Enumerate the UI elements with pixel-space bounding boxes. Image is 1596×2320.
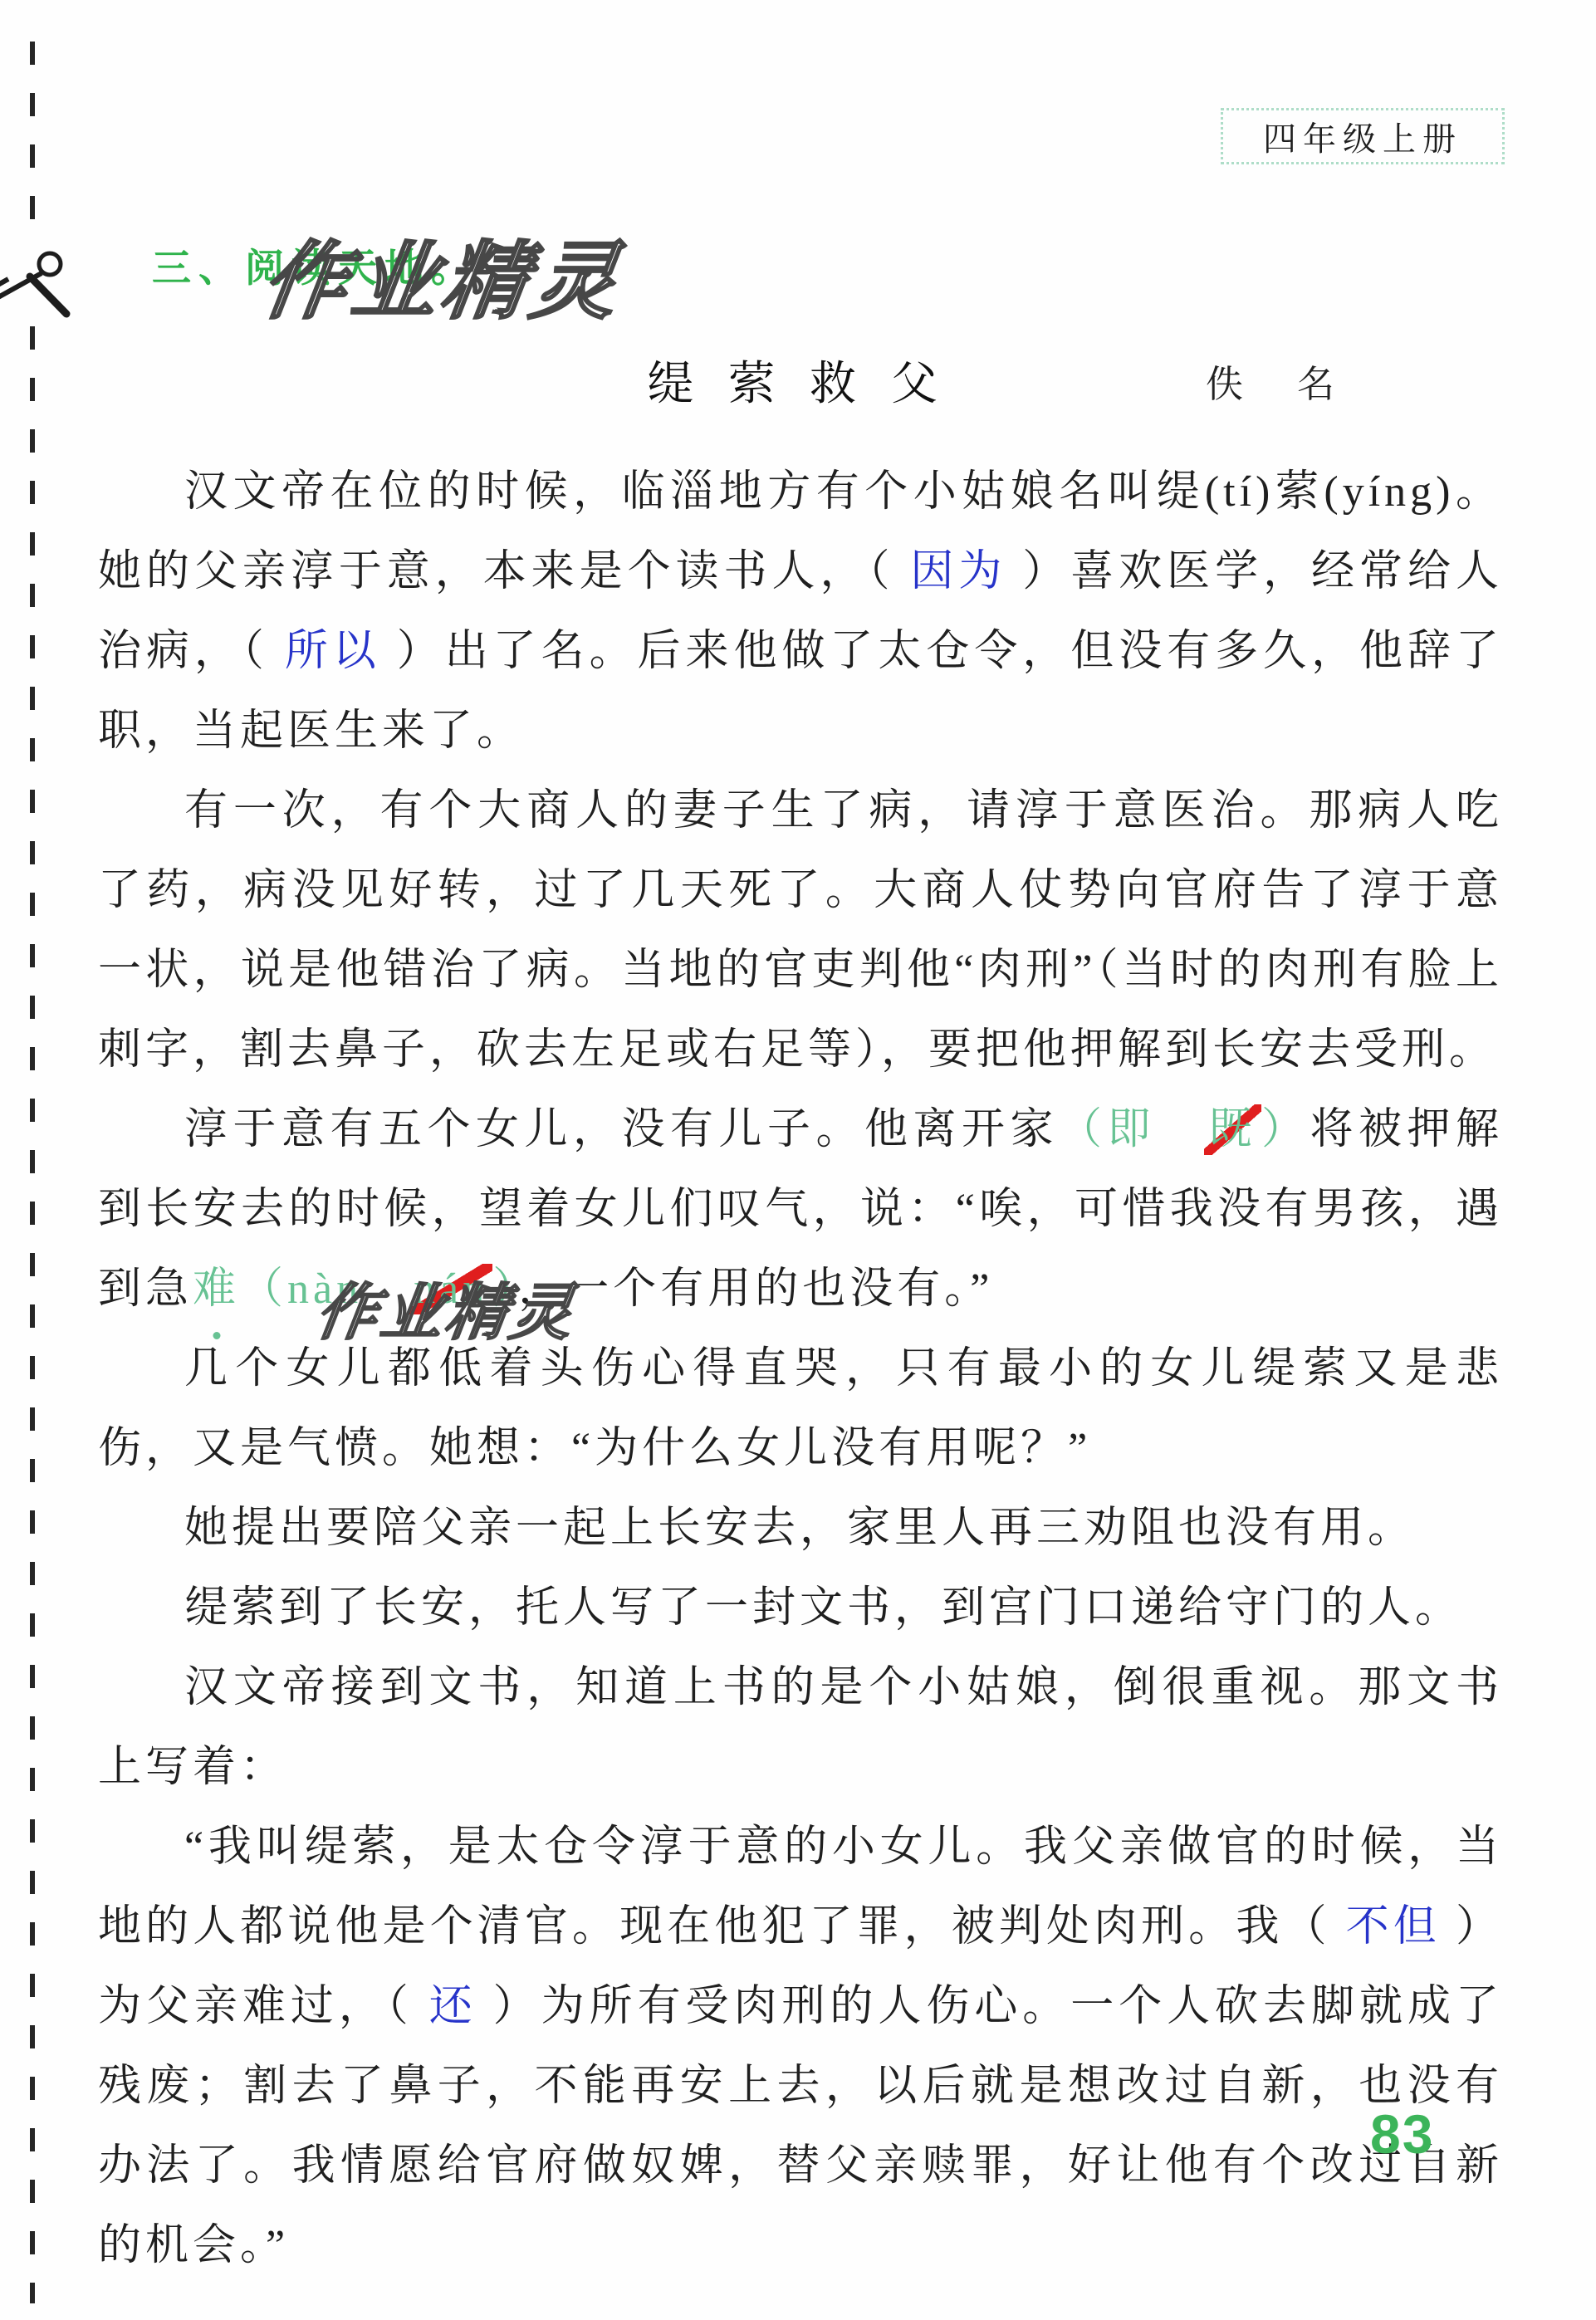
handwritten-answer: 因为 — [910, 548, 1006, 595]
text-segment: 汉文帝接到文书，知道上书的是个小姑娘，倒很重视。那文书上写着： — [98, 1664, 1503, 1791]
page: 四年级上册 三、阅读天地。 作业精灵 作业精灵 缇 萦 救 父 佚 名 汉文帝在… — [0, 0, 1596, 2320]
text-segment: ，一个有用的也没有。” — [518, 1265, 993, 1313]
paragraph: “我叫缇萦，是太仓令淳于意的小女儿。我父亲做官的时候，当地的人都说他是个清官。现… — [98, 1808, 1503, 2286]
text-segment: 她提出要陪父亲一起上长安去，家里人再三劝阻也没有用。 — [184, 1505, 1415, 1552]
paragraph: 淳于意有五个女儿，没有儿子。他离开家（即 既）将被押解到长安去的时候，望着女儿们… — [98, 1090, 1503, 1329]
green-annotation: （即 — [1059, 1106, 1205, 1153]
edition-label: 四年级上册 — [1263, 113, 1462, 160]
page-number: 83 — [1370, 2102, 1434, 2166]
paragraph: 汉文帝接到文书，知道上书的是个小姑娘，倒很重视。那文书上写着： — [98, 1648, 1503, 1808]
text-segment: 淳于意有五个女儿，没有儿子。他离开家 — [184, 1106, 1059, 1153]
emphasized-char: 难 — [193, 1250, 240, 1329]
title-row: 缇 萦 救 父 佚 名 — [95, 347, 1501, 414]
text-segment: 缇萦到了长安，托人写了一封文书，到宫门口递给守门的人。 — [184, 1584, 1462, 1632]
cut-line — [30, 326, 35, 2303]
handwritten-answer: 不但 — [1346, 1903, 1441, 1950]
paragraph: 她提出要陪父亲一起上长安去，家里人再三劝阻也没有用。 — [98, 1489, 1503, 1569]
scissors-icon — [0, 243, 75, 326]
paragraph: 汉文帝在位的时候，临淄地方有个小姑娘名叫缇(tí)萦(yíng)。她的父亲淳于意… — [98, 453, 1503, 771]
text-segment: 有一次，有个大商人的妻子生了病，请淳于意医治。那病人吃了药，病没见好转，过了几天… — [98, 787, 1503, 1074]
text-segment: 几个女儿都低着头伤心得直哭，只有最小的女儿缇萦又是悲伤，又是气愤。她想：“为什么… — [98, 1345, 1503, 1472]
paragraph: 有一次，有个大商人的妻子生了病，请淳于意医治。那病人吃了药，病没见好转，过了几天… — [98, 771, 1503, 1090]
section-heading: 三、阅读天地。 — [152, 237, 477, 293]
text-segment: “我叫缇萦，是太仓令淳于意的小女儿。我父亲做官的时候，当地的人都说他是个清官。现… — [98, 1823, 1503, 1950]
green-annotation: ） — [492, 1265, 518, 1313]
article-author: 佚 名 — [1206, 354, 1343, 408]
handwritten-answer: 还 — [429, 1983, 477, 2030]
crossed-out-option: 既 — [1204, 1104, 1261, 1155]
green-annotation: ） — [1261, 1106, 1310, 1153]
edition-label-box: 四年级上册 — [1221, 108, 1505, 164]
crossed-out-option: nán — [409, 1264, 492, 1314]
article-body: 汉文帝在位的时候，临淄地方有个小姑娘名叫缇(tí)萦(yíng)。她的父亲淳于意… — [98, 453, 1503, 2286]
green-annotation: （nàn — [240, 1265, 409, 1313]
cut-line — [30, 42, 35, 245]
paragraph: 几个女儿都低着头伤心得直哭，只有最小的女儿缇萦又是悲伤，又是气愤。她想：“为什么… — [98, 1329, 1503, 1489]
paragraph: 缇萦到了长安，托人写了一封文书，到宫门口递给守门的人。 — [98, 1569, 1503, 1648]
handwritten-answer: 所以 — [285, 628, 381, 675]
